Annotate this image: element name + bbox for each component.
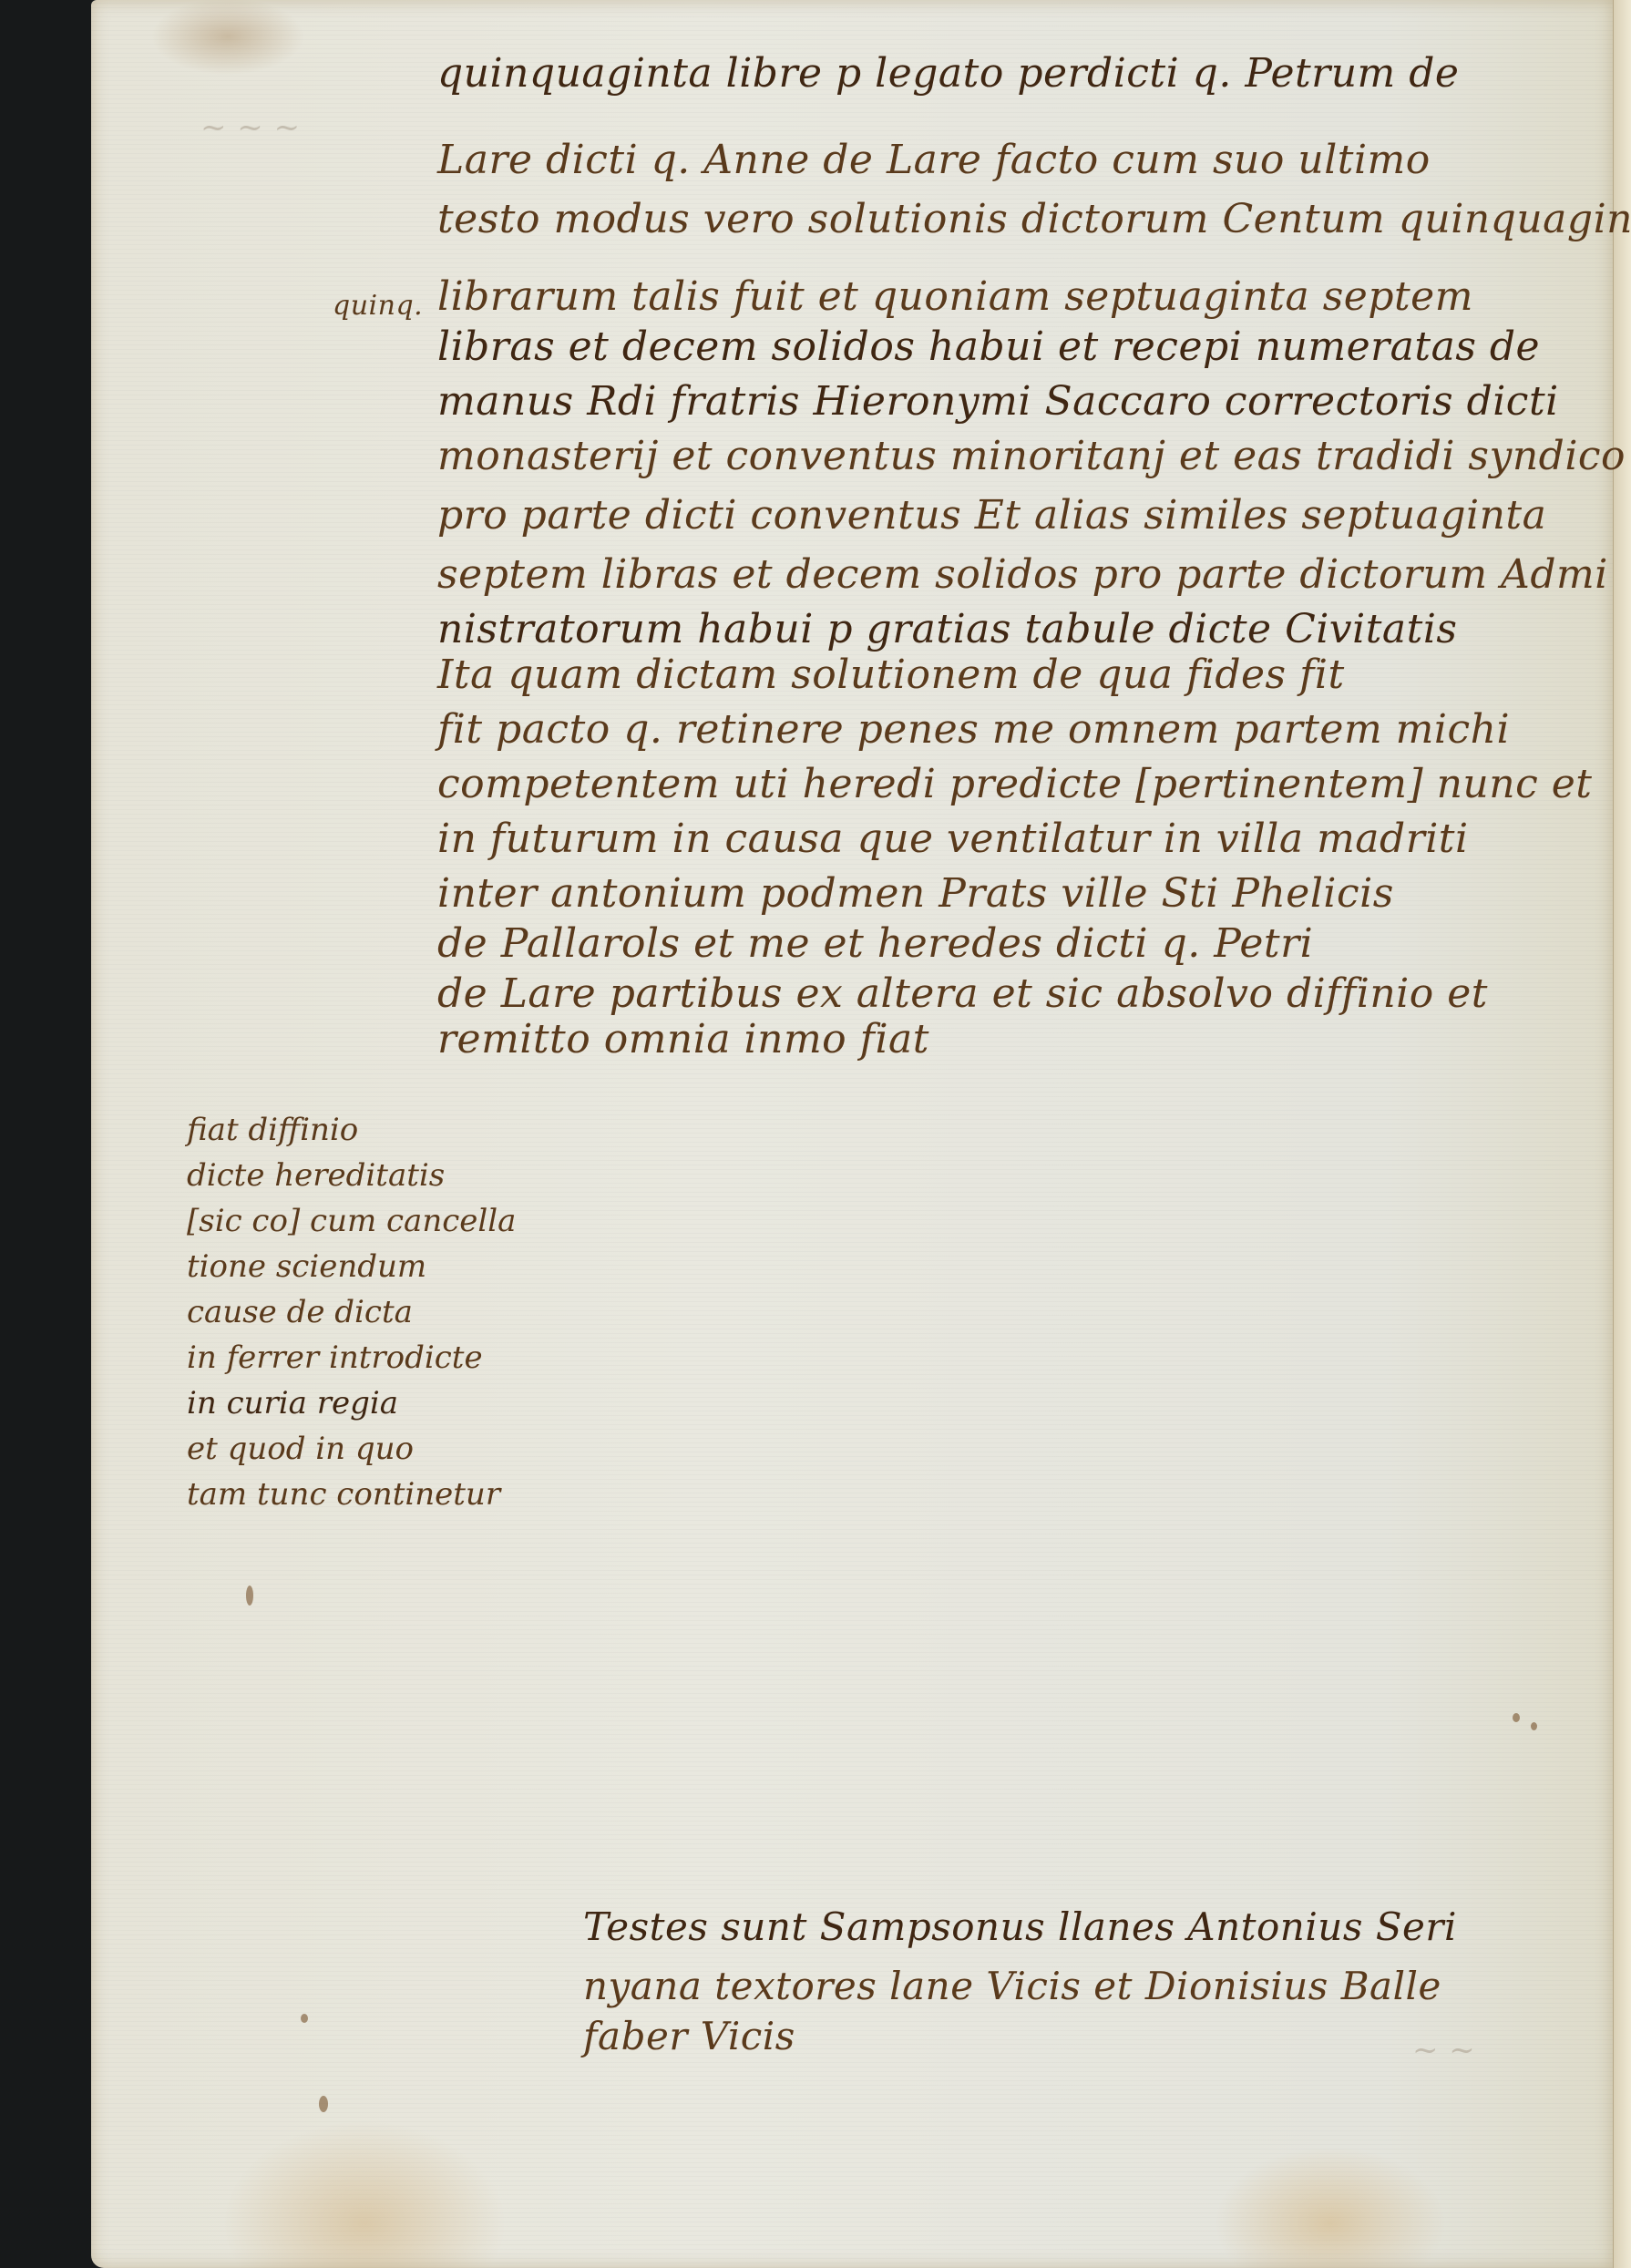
text-line: testo modus vero solutionis dictorum Cen… (437, 196, 1631, 242)
text-line: manus Rdi fratris Hieronymi Saccaro corr… (437, 378, 1559, 425)
bleed-through-text: ~ ~ ~ (200, 109, 301, 146)
text-line: inter antonium podmen Prats ville Sti Ph… (437, 870, 1394, 917)
adjacent-page-edge (1613, 0, 1631, 2268)
ink-spot (319, 2096, 328, 2112)
margin-note-line: et quod in quo (187, 1426, 516, 1472)
witness-line: nyana textores lane Vicis et Dionisius B… (583, 1964, 1441, 2008)
text-line: monasterij et conventus minoritanj et ea… (437, 433, 1626, 479)
text-line: de Pallarols et me et heredes dicti q. P… (437, 920, 1313, 967)
margin-note-line: cause de dicta (187, 1289, 516, 1335)
ink-spot (246, 1586, 253, 1606)
text-line: in futurum in causa que ventilatur in vi… (437, 816, 1469, 862)
text-line: septem libras et decem solidos pro parte… (437, 551, 1608, 598)
text-line: fit pacto q. retinere penes me omnem par… (437, 706, 1510, 753)
text-line: remitto omnia inmo fiat (437, 1016, 929, 1062)
text-line: pro parte dicti conventus Et alias simil… (437, 492, 1546, 539)
ink-spot (1513, 1713, 1520, 1722)
text-line: nistratorum habui p gratias tabule dicte… (437, 606, 1457, 652)
ink-spot (301, 2014, 308, 2023)
margin-note-line: fiat diffinio (187, 1107, 516, 1153)
witness-line: Testes sunt Sampsonus llanes Antonius Se… (583, 1904, 1457, 1949)
margin-note-line: tione sciendum (187, 1244, 516, 1289)
margin-note-line: in ferrer introdicte (187, 1335, 516, 1380)
text-line: competentem uti heredi predicte [pertine… (437, 761, 1592, 807)
text-line: quinquaginta libre p legato perdicti q. … (437, 50, 1459, 97)
margin-note-line: in curia regia (187, 1380, 516, 1426)
text-line: de Lare partibus ex altera et sic absolv… (437, 970, 1488, 1017)
margin-note-line: [sic co] cum cancella (187, 1198, 516, 1244)
witness-line: faber Vicis (583, 2014, 795, 2058)
manuscript-scan: ~ ~ ~ ~ ~ quinq. quinquaginta libre p le… (0, 0, 1631, 2268)
margin-note: fiat diffinio dicte hereditatis [sic co]… (187, 1107, 516, 1517)
text-line: librarum talis fuit et quoniam septuagin… (437, 273, 1473, 320)
margin-annotation: quinq. (333, 290, 423, 322)
text-line: Lare dicti q. Anne de Lare facto cum suo… (437, 137, 1431, 183)
ink-spot (1531, 1722, 1537, 1730)
margin-note-line: dicte hereditatis (187, 1153, 516, 1198)
bleed-through-text: ~ ~ (1412, 2032, 1475, 2068)
text-line: libras et decem solidos habui et recepi … (437, 323, 1540, 370)
text-line: Ita quam dictam solutionem de qua fides … (437, 652, 1345, 698)
margin-note-line: tam tunc continetur (187, 1472, 516, 1517)
